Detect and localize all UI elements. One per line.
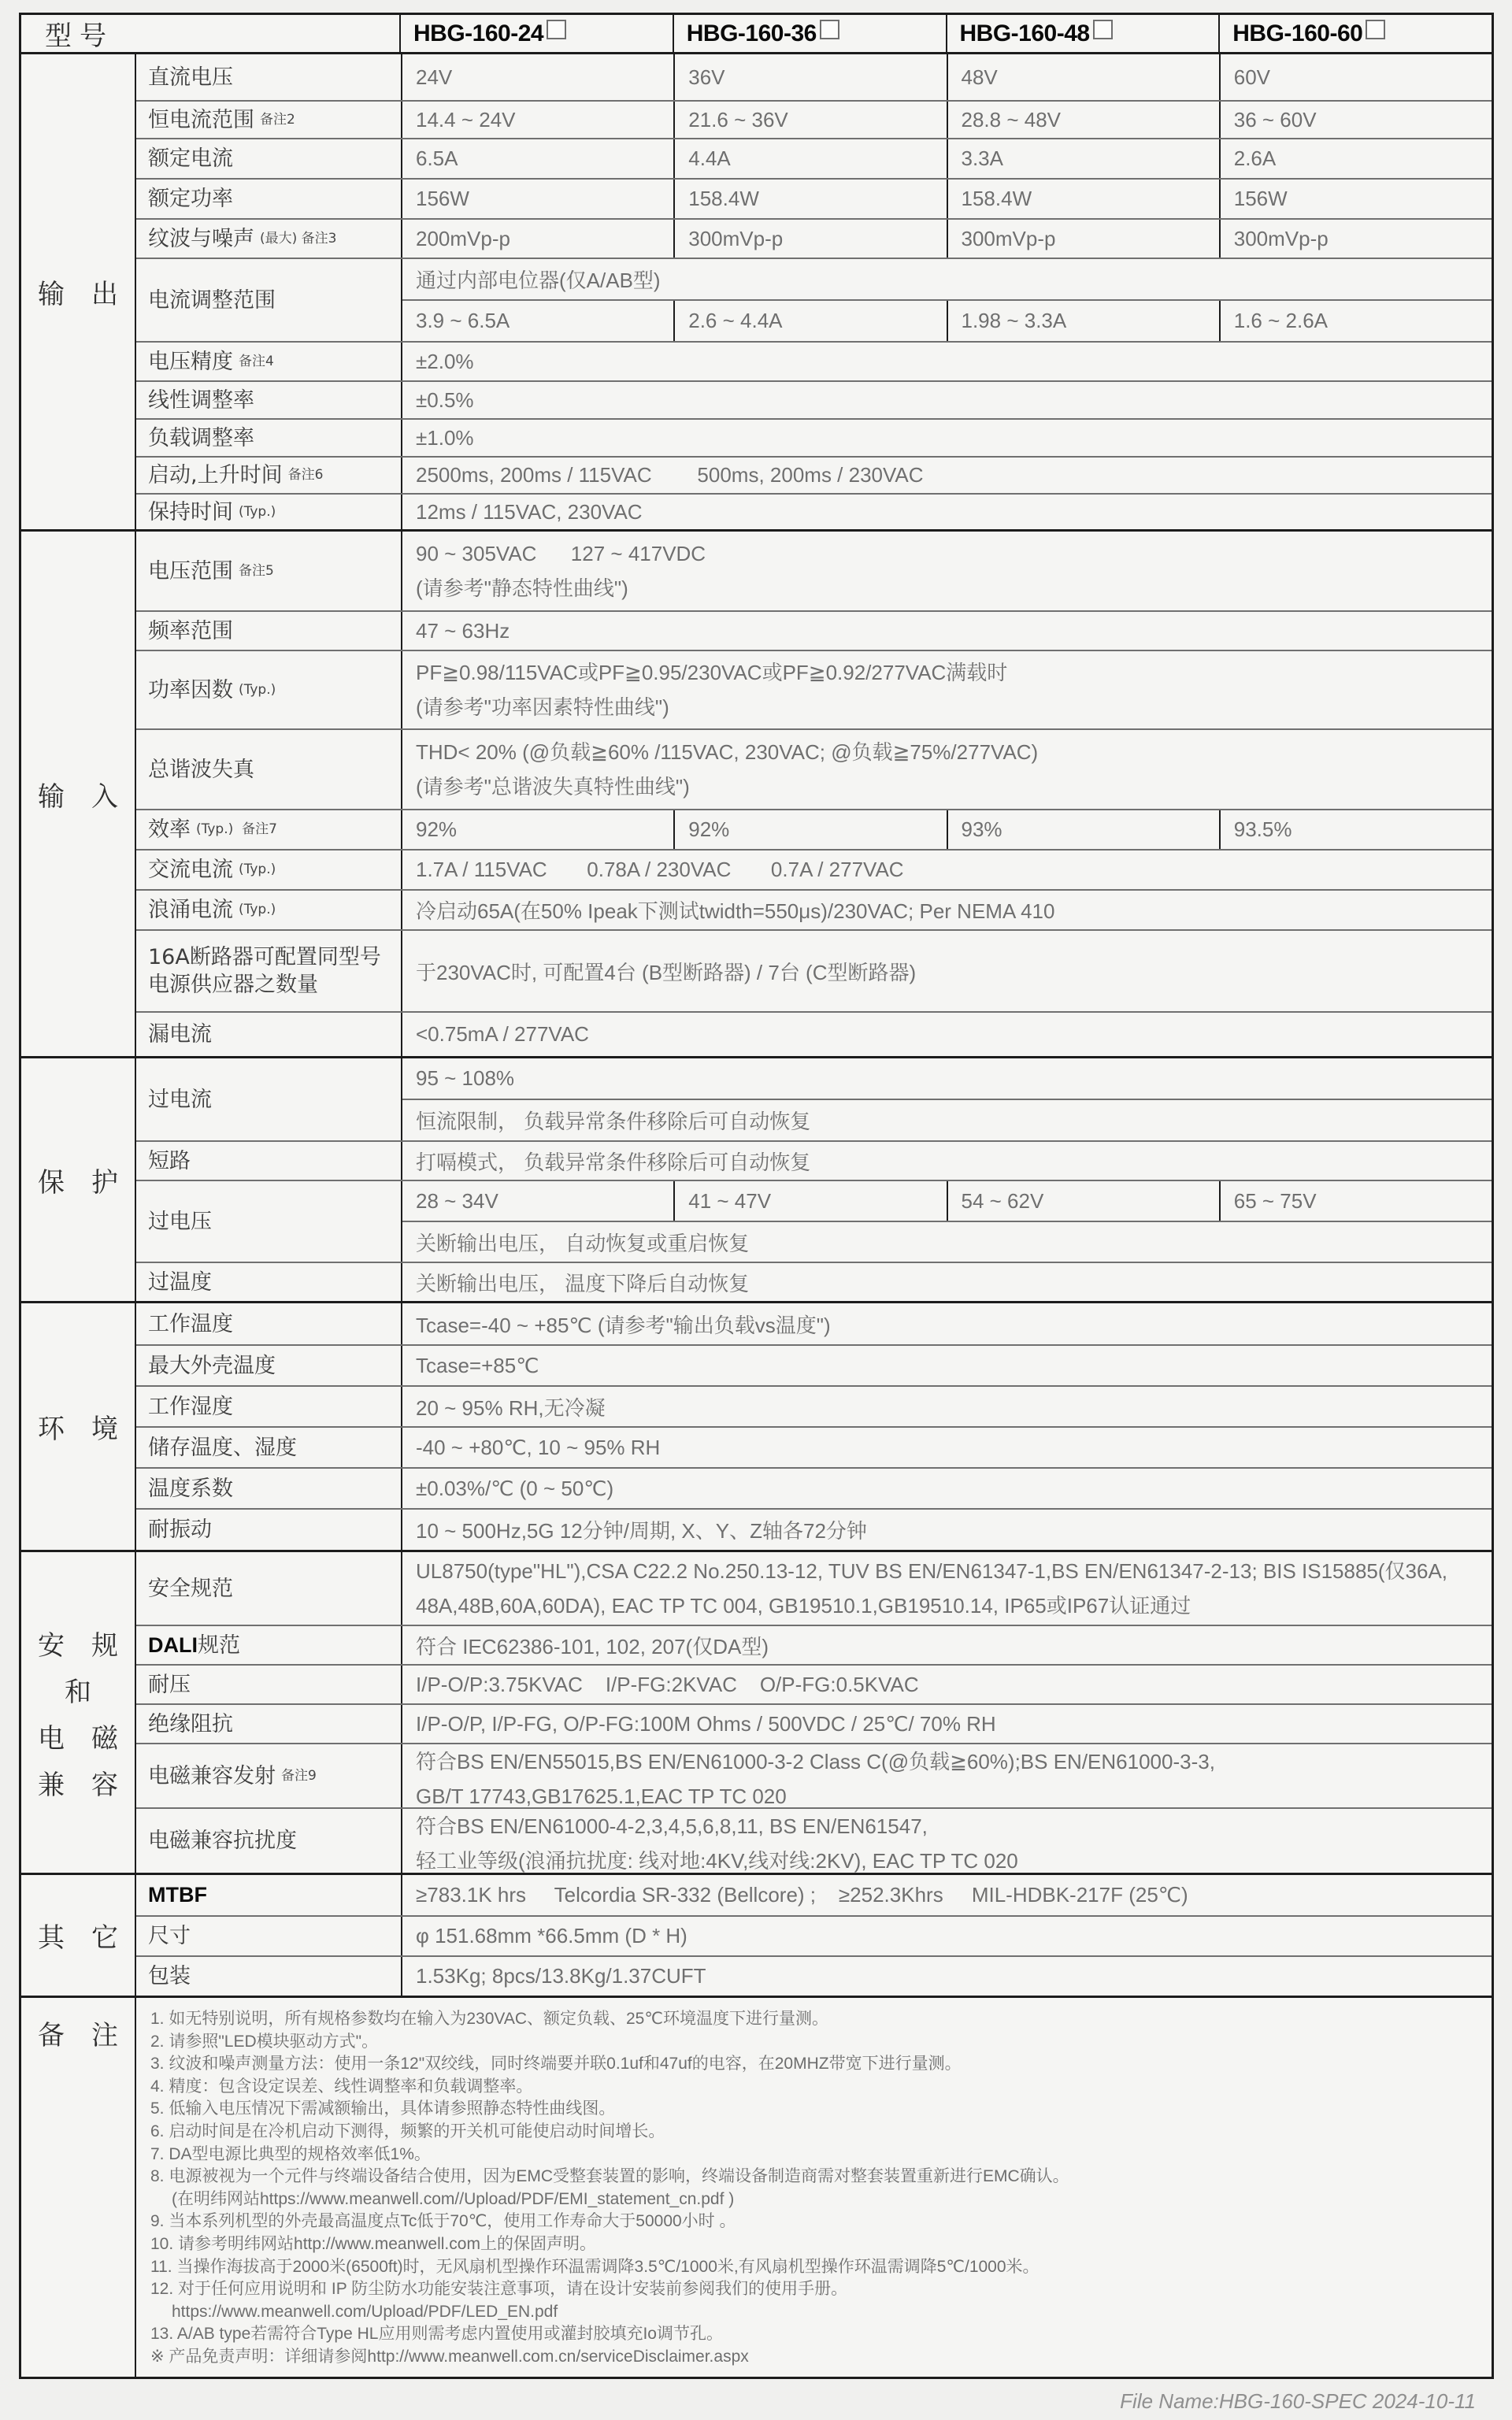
value-span: ±2.0% (402, 343, 1492, 380)
spec-value-cell: 93.5% (1219, 810, 1492, 849)
spec-row-label: 工作温度 (136, 1303, 402, 1344)
row-note-ref: (Typ.) (239, 896, 276, 924)
spec-row-label-text: 纹波与噪声 (148, 225, 254, 253)
value-span: 符合BS EN/EN61000-4-2,3,4,5,6,8,11, BS EN/… (402, 1809, 1492, 1873)
spec-value: 于230VAC时, 可配置4台 (B型断路器) / 7台 (C型断路器) (416, 957, 1492, 986)
value-span: 10 ~ 500Hz,5G 12分钟/周期, X、Y、Z轴各72分钟 (402, 1510, 1492, 1550)
spec-row-values: 6.5A4.4A3.3A2.6A (402, 139, 1492, 178)
spec-value: <0.75mA / 277VAC (416, 1022, 1492, 1047)
spec-value: 2.6 ~ 4.4A (688, 309, 782, 333)
spec-row-label-text: 漏电流 (148, 1021, 212, 1048)
section-label-line: 电 磁 (38, 1717, 118, 1755)
spec-row: 保持时间(Typ.)12ms / 115VAC, 230VAC (136, 493, 1492, 529)
spec-value: Tcase=-40 ~ +85℃ (请参考"输出负载vs温度") (416, 1310, 1492, 1339)
spec-value: 90 ~ 305VAC 127 ~ 417VDC (416, 536, 1492, 571)
spec-row: 总谐波失真THD< 20% (@负载≧60% /115VAC, 230VAC; … (136, 728, 1492, 809)
spec-value: 48A,48B,60A,60DA), EAC TP TC 004, GB1951… (416, 1588, 1492, 1623)
spec-row-label: 功率因数(Typ.) (136, 651, 402, 728)
spec-row-label: 工作湿度 (136, 1387, 402, 1426)
spec-row-label-text: 绝缘阻抗 (148, 1710, 233, 1738)
value-span: 打嗝模式， 负载异常条件移除后可自动恢复 (402, 1142, 1492, 1180)
spec-value: PF≧0.98/115VAC或PF≧0.95/230VAC或PF≧0.92/27… (416, 655, 1492, 690)
spec-value: 158.4W (962, 187, 1032, 211)
value-span: 1.7A / 115VAC 0.78A / 230VAC 0.7A / 277V… (402, 851, 1492, 889)
spec-row-label-text: 电压范围 (148, 558, 233, 585)
row-note-ref: (Typ.) (239, 498, 276, 526)
spec-value: 300mVp-p (1234, 227, 1329, 251)
spec-row-values: 200mVp-p300mVp-p300mVp-p300mVp-p (402, 220, 1492, 258)
value-span: φ 151.68mm *66.5mm (D * H) (402, 1917, 1492, 1955)
spec-section: 输 入电压范围备注590 ~ 305VAC 127 ~ 417VDC(请参考"静… (21, 529, 1492, 1056)
spec-row-label-text: 总谐波失真 (148, 756, 254, 784)
spec-row: 额定功率156W158.4W158.4W156W (136, 178, 1492, 218)
spec-row-values: 2500ms, 200ms / 115VAC 500ms, 200ms / 23… (402, 458, 1492, 493)
spec-row-values: I/P-O/P, I/P-FG, O/P-FG:100M Ohms / 500V… (402, 1705, 1492, 1743)
spec-value: I/P-O/P, I/P-FG, O/P-FG:100M Ohms / 500V… (416, 1712, 1492, 1736)
spec-row-label-text: 电流调整范围 (148, 287, 276, 314)
spec-row: 恒电流范围备注214.4 ~ 24V21.6 ~ 36V28.8 ~ 48V36… (136, 100, 1492, 138)
spec-value-cell: 92% (673, 810, 946, 849)
spec-value: (请参考"静态特性曲线") (416, 571, 1492, 606)
spec-row-label-text: 过电流 (148, 1086, 212, 1114)
row-note-ref: 备注9 (281, 1762, 317, 1790)
spec-value: 通过内部电位器(仅A/AB型) (416, 265, 1492, 294)
spec-row: 过温度关断输出电压， 温度下降后自动恢复 (136, 1262, 1492, 1301)
model-column-header: 型号 (21, 15, 401, 52)
value-span: 95 ~ 108% (402, 1058, 1492, 1099)
value-span: 2500ms, 200ms / 115VAC 500ms, 200ms / 23… (402, 458, 1492, 493)
spec-row-label: 温度系数 (136, 1469, 402, 1508)
spec-row: 温度系数±0.03%/℃ (0 ~ 50℃) (136, 1467, 1492, 1508)
section-label-line: 输 出 (38, 272, 118, 311)
spec-row: 绝缘阻抗I/P-O/P, I/P-FG, O/P-FG:100M Ohms / … (136, 1703, 1492, 1743)
model-suffix-checkbox (547, 20, 566, 39)
spec-row-label-text: MTBF (148, 1881, 207, 1909)
spec-value: 156W (416, 187, 469, 211)
value-span: I/P-O/P:3.75KVAC I/P-FG:2KVAC O/P-FG:0.5… (402, 1666, 1492, 1703)
row-note-ref: (Typ.) (239, 856, 276, 884)
value-span: 符合BS EN/EN55015,BS EN/EN61000-3-2 Class … (402, 1744, 1492, 1807)
value-span: 恒流限制， 负载异常条件移除后可自动恢复 (402, 1099, 1492, 1140)
model-name: HBG-160-36 (687, 20, 817, 47)
spec-value-cell: 156W (402, 180, 673, 218)
spec-value-cell: 300mVp-p (947, 220, 1219, 258)
row-note-ref: 备注4 (239, 348, 274, 376)
spec-value: 符合 IEC62386-101, 102, 207(仅DA型) (416, 1631, 1492, 1660)
spec-row-label-text: 电压精度 (148, 348, 233, 376)
spec-row-label: 尺寸 (136, 1917, 402, 1955)
spec-row-values: φ 151.68mm *66.5mm (D * H) (402, 1917, 1492, 1955)
note-line: 7. DA型电源比典型的规格效率低1%。 (150, 2144, 1479, 2166)
spec-row-values: PF≧0.98/115VAC或PF≧0.95/230VAC或PF≧0.92/27… (402, 651, 1492, 728)
spec-row-values: 12ms / 115VAC, 230VAC (402, 495, 1492, 529)
spec-row-label-text: 温度系数 (148, 1475, 233, 1503)
spec-row-values: 92%92%93%93.5% (402, 810, 1492, 849)
spec-row-label-text: 线性调整率 (148, 387, 254, 414)
spec-row-label: 频率范围 (136, 612, 402, 650)
note-line: ※ 产品免责声明：详细请参阅http://www.meanwell.com.cn… (150, 2346, 1479, 2369)
row-note-ref: 备注6 (288, 461, 324, 489)
model-header: HBG-160-36 (673, 15, 946, 52)
spec-row-label-text: 过温度 (148, 1269, 212, 1296)
spec-row: MTBF≥783.1K hrs Telcordia SR-332 (Bellco… (136, 1875, 1492, 1915)
value-span: 于230VAC时, 可配置4台 (B型断路器) / 7台 (C型断路器) (402, 931, 1492, 1011)
spec-row-label: 电流调整范围 (136, 259, 402, 341)
spec-row-label-text: 交流电流 (148, 856, 233, 884)
spec-row: 电压精度备注4±2.0% (136, 341, 1492, 380)
note-line: 2. 请参照"LED模块驱动方式"。 (150, 2031, 1479, 2054)
spec-row-label-text: 安全规范 (148, 1575, 233, 1603)
spec-section: 保 护过电流95 ~ 108%恒流限制， 负载异常条件移除后可自动恢复短路打嗝模… (21, 1056, 1492, 1301)
spec-value: Tcase=+85℃ (416, 1354, 1492, 1378)
spec-row-values: 通过内部电位器(仅A/AB型)3.9 ~ 6.5A2.6 ~ 4.4A1.98 … (402, 259, 1492, 341)
model-header: HBG-160-60 (1218, 15, 1492, 52)
spec-value-cell: 65 ~ 75V (1219, 1181, 1492, 1221)
spec-row-label: 过电流 (136, 1058, 402, 1140)
spec-row-label: 包装 (136, 1957, 402, 1996)
spec-row-values: 156W158.4W158.4W156W (402, 180, 1492, 218)
spec-row-values: 24V36V48V60V (402, 54, 1492, 100)
spec-row: 工作温度Tcase=-40 ~ +85℃ (请参考"输出负载vs温度") (136, 1303, 1492, 1344)
value-columns: 14.4 ~ 24V21.6 ~ 36V28.8 ~ 48V36 ~ 60V (402, 102, 1492, 138)
spec-value: 200mVp-p (416, 227, 510, 251)
row-note-ref: (最大) 备注3 (260, 225, 336, 253)
spec-row-label: DALI规范 (136, 1626, 402, 1664)
spec-value: 12ms / 115VAC, 230VAC (416, 500, 1492, 524)
model-suffix-checkbox (1366, 20, 1385, 39)
spec-value-cell: 158.4W (673, 180, 946, 218)
value-span: ±0.03%/℃ (0 ~ 50℃) (402, 1469, 1492, 1508)
spec-row-label-text: 电磁兼容发射 (148, 1762, 276, 1790)
spec-value: ≥783.1K hrs Telcordia SR-332 (Bellcore) … (416, 1883, 1492, 1907)
spec-row: 工作湿度20 ~ 95% RH,无冷凝 (136, 1385, 1492, 1426)
spec-row-label: 电压精度备注4 (136, 343, 402, 380)
spec-value: 1.7A / 115VAC 0.78A / 230VAC 0.7A / 277V… (416, 858, 1492, 882)
value-span: 12ms / 115VAC, 230VAC (402, 495, 1492, 529)
value-columns: 3.9 ~ 6.5A2.6 ~ 4.4A1.98 ~ 3.3A1.6 ~ 2.6… (402, 299, 1492, 341)
value-span: Tcase=-40 ~ +85℃ (请参考"输出负载vs温度") (402, 1303, 1492, 1344)
spec-value-cell: 2.6A (1219, 139, 1492, 178)
spec-value: ±1.0% (416, 426, 1492, 450)
spec-row-values: Tcase=+85℃ (402, 1346, 1492, 1385)
spec-row-label-text: 尺寸 (148, 1922, 191, 1950)
spec-row-label-text: 恒电流范围 (148, 106, 254, 134)
spec-row-values: ±1.0% (402, 420, 1492, 456)
spec-row-values: 冷启动65A(在50% Ipeak下测试twidth=550μs)/230VAC… (402, 891, 1492, 929)
spec-row-label-text: 额定功率 (148, 185, 233, 213)
spec-value-cell: 92% (402, 810, 673, 849)
spec-value-cell: 36 ~ 60V (1219, 102, 1492, 138)
spec-row-label: MTBF (136, 1875, 402, 1915)
spec-row-label: 耐振动 (136, 1510, 402, 1550)
value-span: 1.53Kg; 8pcs/13.8Kg/1.37CUFT (402, 1957, 1492, 1996)
spec-value-cell: 54 ~ 62V (947, 1181, 1219, 1221)
spec-value: THD< 20% (@负载≧60% /115VAC, 230VAC; @负载≧7… (416, 735, 1492, 769)
note-line: 9. 当本系列机型的外壳最高温度点Tc低于70℃，使用工作寿命大于50000小时… (150, 2211, 1479, 2233)
spec-row-label: 过电压 (136, 1181, 402, 1262)
value-columns: 200mVp-p300mVp-p300mVp-p300mVp-p (402, 220, 1492, 258)
spec-value: 300mVp-p (688, 227, 783, 251)
spec-row-values: 90 ~ 305VAC 127 ~ 417VDC(请参考"静态特性曲线") (402, 532, 1492, 610)
spec-row-label-text: 保持时间 (148, 498, 233, 526)
spec-section: 输 出直流电压24V36V48V60V恒电流范围备注214.4 ~ 24V21.… (21, 54, 1492, 529)
model-header: HBG-160-48 (946, 15, 1219, 52)
spec-value: 3.9 ~ 6.5A (416, 309, 510, 333)
spec-row-values: UL8750(type"HL"),CSA C22.2 No.250.13-12,… (402, 1552, 1492, 1625)
sections-root: 输 出直流电压24V36V48V60V恒电流范围备注214.4 ~ 24V21.… (21, 54, 1492, 2377)
spec-value: 14.4 ~ 24V (416, 108, 516, 132)
spec-row-label-text: 效率 (148, 816, 191, 843)
spec-value-cell: 156W (1219, 180, 1492, 218)
spec-row-values: 47 ~ 63Hz (402, 612, 1492, 650)
spec-value: 关断输出电压， 温度下降后自动恢复 (416, 1268, 1492, 1297)
spec-value-cell: 14.4 ~ 24V (402, 102, 673, 138)
spec-value: -40 ~ +80℃, 10 ~ 95% RH (416, 1436, 1492, 1460)
spec-section: 环 境工作温度Tcase=-40 ~ +85℃ (请参考"输出负载vs温度")最… (21, 1301, 1492, 1550)
value-columns: 92%92%93%93.5% (402, 810, 1492, 849)
spec-value: ±0.5% (416, 388, 1492, 413)
spec-row: 直流电压24V36V48V60V (136, 54, 1492, 100)
spec-row-label-text: 浪涌电流 (148, 896, 233, 924)
section-label-line: 安 规 (38, 1624, 118, 1662)
spec-row-label: 短路 (136, 1142, 402, 1180)
section-body: 电压范围备注590 ~ 305VAC 127 ~ 417VDC(请参考"静态特性… (136, 532, 1492, 1056)
spec-value: 28 ~ 34V (416, 1189, 498, 1214)
spec-row-label-text: 过电压 (148, 1208, 212, 1236)
spec-value: 关断输出电压， 自动恢复或重启恢复 (416, 1228, 1492, 1257)
section-label: 环 境 (21, 1303, 136, 1550)
spec-value: (请参考"总谐波失真特性曲线") (416, 769, 1492, 804)
spec-value: 93% (962, 817, 1002, 842)
spec-value-cell: 158.4W (947, 180, 1219, 218)
spec-row-values: 95 ~ 108%恒流限制， 负载异常条件移除后可自动恢复 (402, 1058, 1492, 1140)
spec-row: 效率(Typ.) 备注792%92%93%93.5% (136, 809, 1492, 849)
value-columns: 156W158.4W158.4W156W (402, 180, 1492, 218)
spec-value: 28.8 ~ 48V (962, 108, 1062, 132)
spec-row-label-text: DALI规范 (148, 1632, 240, 1659)
spec-row-label: 保持时间(Typ.) (136, 495, 402, 529)
table-header-row: 型号 HBG-160-24HBG-160-36HBG-160-48HBG-160… (21, 15, 1492, 54)
spec-row-values: <0.75mA / 277VAC (402, 1013, 1492, 1056)
spec-row-values: 打嗝模式， 负载异常条件移除后可自动恢复 (402, 1142, 1492, 1180)
spec-table: 型号 HBG-160-24HBG-160-36HBG-160-48HBG-160… (19, 13, 1494, 2379)
note-line: 5. 低输入电压情况下需减额输出，具体请参照静态特性曲线图。 (150, 2098, 1479, 2121)
spec-row-values: 符合BS EN/EN61000-4-2,3,4,5,6,8,11, BS EN/… (402, 1809, 1492, 1873)
spec-value: 2500ms, 200ms / 115VAC 500ms, 200ms / 23… (416, 463, 1492, 487)
spec-value: φ 151.68mm *66.5mm (D * H) (416, 1924, 1492, 1948)
value-span: 90 ~ 305VAC 127 ~ 417VDC(请参考"静态特性曲线") (402, 532, 1492, 610)
note-line: 3. 纹波和噪声测量方法：使用一条12"双绞线，同时终端要并联0.1uf和47u… (150, 2053, 1479, 2076)
spec-row-values: ±2.0% (402, 343, 1492, 380)
section-body: 安全规范UL8750(type"HL"),CSA C22.2 No.250.13… (136, 1552, 1492, 1873)
spec-value: 24V (416, 65, 452, 90)
section-label-line: 输 入 (38, 775, 118, 813)
spec-row-label: 过温度 (136, 1263, 402, 1301)
value-span: 20 ~ 95% RH,无冷凝 (402, 1387, 1492, 1426)
spec-value-cell: 21.6 ~ 36V (673, 102, 946, 138)
spec-row-label-text: 最大外壳温度 (148, 1352, 276, 1380)
section-label-line: 其 它 (38, 1916, 118, 1955)
spec-value-cell: 2.6 ~ 4.4A (673, 301, 946, 341)
spec-value: 符合BS EN/EN61000-4-2,3,4,5,6,8,11, BS EN/… (416, 1809, 1492, 1844)
spec-value: (请参考"功率因素特性曲线") (416, 690, 1492, 725)
spec-value: ±0.03%/℃ (0 ~ 50℃) (416, 1477, 1492, 1501)
spec-value-cell: 28.8 ~ 48V (947, 102, 1219, 138)
section-label-line: 和 (65, 1670, 91, 1709)
spec-value: 21.6 ~ 36V (688, 108, 788, 132)
spec-row-label: 效率(Typ.) 备注7 (136, 810, 402, 849)
spec-value-cell: 3.3A (947, 139, 1219, 178)
section-label: 备 注 (21, 1998, 136, 2377)
section-label-line: 兼 容 (38, 1763, 118, 1802)
spec-row: 储存温度、湿度-40 ~ +80℃, 10 ~ 95% RH (136, 1426, 1492, 1467)
spec-row-label-text: 频率范围 (148, 617, 233, 645)
note-line: (在明纬网站https://www.meanwell.com//Upload/P… (150, 2188, 1479, 2211)
value-span: THD< 20% (@负载≧60% /115VAC, 230VAC; @负载≧7… (402, 730, 1492, 809)
value-span: 47 ~ 63Hz (402, 612, 1492, 650)
value-span: ≥783.1K hrs Telcordia SR-332 (Bellcore) … (402, 1875, 1492, 1915)
spec-value: 54 ~ 62V (962, 1189, 1044, 1214)
spec-row-values: I/P-O/P:3.75KVAC I/P-FG:2KVAC O/P-FG:0.5… (402, 1666, 1492, 1703)
spec-value: 41 ~ 47V (688, 1189, 771, 1214)
spec-row-label: 电压范围备注5 (136, 532, 402, 610)
section-label-line: 备 注 (38, 2014, 118, 2052)
section-label: 其 它 (21, 1875, 136, 1996)
spec-value-cell: 60V (1219, 54, 1492, 100)
spec-row-values: 1.7A / 115VAC 0.78A / 230VAC 0.7A / 277V… (402, 851, 1492, 889)
row-note-ref: (Typ.) 备注7 (196, 816, 277, 843)
spec-row-label: 电磁兼容抗扰度 (136, 1809, 402, 1873)
spec-row: DALI规范符合 IEC62386-101, 102, 207(仅DA型) (136, 1625, 1492, 1664)
spec-value: 300mVp-p (962, 227, 1056, 251)
spec-row-label: 线性调整率 (136, 382, 402, 418)
spec-row: 电压范围备注590 ~ 305VAC 127 ~ 417VDC(请参考"静态特性… (136, 532, 1492, 610)
spec-value: 65 ~ 75V (1234, 1189, 1317, 1214)
spec-value: 47 ~ 63Hz (416, 619, 1492, 643)
value-span: -40 ~ +80℃, 10 ~ 95% RH (402, 1428, 1492, 1467)
section-body: 直流电压24V36V48V60V恒电流范围备注214.4 ~ 24V21.6 ~… (136, 54, 1492, 529)
spec-value-cell: 48V (947, 54, 1219, 100)
spec-value-cell: 28 ~ 34V (402, 1181, 673, 1221)
spec-value: GB/T 17743,GB17625.1,EAC TP TC 020 (416, 1779, 1492, 1807)
model-suffix-checkbox (820, 20, 839, 39)
spec-value: 恒流限制， 负载异常条件移除后可自动恢复 (416, 1106, 1492, 1135)
spec-value: 3.3A (962, 146, 1004, 171)
spec-section: 安 规和电 磁兼 容安全规范UL8750(type"HL"),CSA C22.2… (21, 1550, 1492, 1873)
spec-row-label-text: 耐压 (148, 1671, 191, 1699)
section-body: MTBF≥783.1K hrs Telcordia SR-332 (Bellco… (136, 1875, 1492, 1996)
spec-row-label: 总谐波失真 (136, 730, 402, 809)
value-span: PF≧0.98/115VAC或PF≧0.95/230VAC或PF≧0.92/27… (402, 651, 1492, 728)
section-body: 1. 如无特别说明，所有规格参数均在输入为230VAC、额定负载、25℃环境温度… (136, 1998, 1492, 2377)
spec-row-values: THD< 20% (@负载≧60% /115VAC, 230VAC; @负载≧7… (402, 730, 1492, 809)
note-line: 6. 启动时间是在冷机启动下测得，频繁的开关机可能使启动时间增长。 (150, 2121, 1479, 2144)
spec-row-values: -40 ~ +80℃, 10 ~ 95% RH (402, 1428, 1492, 1467)
spec-row: 最大外壳温度Tcase=+85℃ (136, 1344, 1492, 1385)
spec-row: 交流电流(Typ.)1.7A / 115VAC 0.78A / 230VAC 0… (136, 849, 1492, 889)
spec-value: 158.4W (688, 187, 759, 211)
note-line: 10. 请参考明纬网站http://www.meanwell.com上的保固声明… (150, 2233, 1479, 2256)
spec-value: 95 ~ 108% (416, 1066, 1492, 1091)
spec-row-label: 最大外壳温度 (136, 1346, 402, 1385)
spec-row-label-text: 直流电压 (148, 64, 233, 91)
section-label-line: 保 护 (38, 1161, 118, 1199)
spec-row-label: 电磁兼容发射备注9 (136, 1744, 402, 1807)
spec-row: 启动,上升时间备注62500ms, 200ms / 115VAC 500ms, … (136, 456, 1492, 493)
row-note-ref: 备注5 (239, 558, 274, 585)
spec-row: 功率因数(Typ.)PF≧0.98/115VAC或PF≧0.95/230VAC或… (136, 650, 1492, 728)
spec-row: 漏电流<0.75mA / 277VAC (136, 1011, 1492, 1056)
value-span: UL8750(type"HL"),CSA C22.2 No.250.13-12,… (402, 1552, 1492, 1625)
note-line: https://www.meanwell.com/Upload/PDF/LED_… (150, 2301, 1479, 2324)
model-header: HBG-160-24 (401, 15, 673, 52)
spec-value: 冷启动65A(在50% Ipeak下测试twidth=550μs)/230VAC… (416, 895, 1492, 925)
note-line: 13. A/AB type若需符合Type HL应用则需考虑内置使用或灌封胶填充… (150, 2323, 1479, 2346)
spec-value: 60V (1234, 65, 1270, 90)
value-span: 关断输出电压， 自动恢复或重启恢复 (402, 1221, 1492, 1262)
spec-value-cell: 3.9 ~ 6.5A (402, 301, 673, 341)
spec-value: 92% (688, 817, 729, 842)
value-span: 符合 IEC62386-101, 102, 207(仅DA型) (402, 1626, 1492, 1664)
value-span: Tcase=+85℃ (402, 1346, 1492, 1385)
spec-value-cell: 24V (402, 54, 673, 100)
spec-row: 浪涌电流(Typ.)冷启动65A(在50% Ipeak下测试twidth=550… (136, 889, 1492, 929)
value-columns: 6.5A4.4A3.3A2.6A (402, 139, 1492, 178)
spec-value: 6.5A (416, 146, 458, 171)
spec-value-cell: 93% (947, 810, 1219, 849)
spec-row: 包装1.53Kg; 8pcs/13.8Kg/1.37CUFT (136, 1955, 1492, 1996)
spec-row-values: 关断输出电压， 温度下降后自动恢复 (402, 1263, 1492, 1301)
spec-row: 过电压28 ~ 34V41 ~ 47V54 ~ 62V65 ~ 75V关断输出电… (136, 1180, 1492, 1262)
value-span: ±1.0% (402, 420, 1492, 456)
spec-row-label-text: 工作湿度 (148, 1393, 233, 1421)
spec-value: 20 ~ 95% RH,无冷凝 (416, 1392, 1492, 1421)
spec-row-label: 安全规范 (136, 1552, 402, 1625)
spec-row-label: 纹波与噪声(最大) 备注3 (136, 220, 402, 258)
spec-row: 16A断路器可配置同型号电源供应器之数量于230VAC时, 可配置4台 (B型断… (136, 929, 1492, 1011)
spec-row: 纹波与噪声(最大) 备注3200mVp-p300mVp-p300mVp-p300… (136, 218, 1492, 258)
spec-value: 10 ~ 500Hz,5G 12分钟/周期, X、Y、Z轴各72分钟 (416, 1515, 1492, 1544)
spec-row-values: 符合 IEC62386-101, 102, 207(仅DA型) (402, 1626, 1492, 1664)
spec-row-label: 漏电流 (136, 1013, 402, 1056)
spec-row-label-text: 额定电流 (148, 145, 233, 172)
spec-row-values: 14.4 ~ 24V21.6 ~ 36V28.8 ~ 48V36 ~ 60V (402, 102, 1492, 138)
row-note-ref: 备注2 (260, 106, 295, 134)
section-label: 保 护 (21, 1058, 136, 1301)
section-label: 输 入 (21, 532, 136, 1056)
spec-value: 1.6 ~ 2.6A (1234, 309, 1328, 333)
spec-value: 36V (688, 65, 724, 90)
spec-row-label-text: 短路 (148, 1147, 191, 1175)
spec-row: 尺寸φ 151.68mm *66.5mm (D * H) (136, 1915, 1492, 1955)
spec-row: 耐压I/P-O/P:3.75KVAC I/P-FG:2KVAC O/P-FG:0… (136, 1664, 1492, 1703)
spec-row-label: 额定功率 (136, 180, 402, 218)
section-label: 安 规和电 磁兼 容 (21, 1552, 136, 1873)
spec-row: 电磁兼容抗扰度符合BS EN/EN61000-4-2,3,4,5,6,8,11,… (136, 1807, 1492, 1873)
spec-value-cell: 4.4A (673, 139, 946, 178)
spec-row-label-text: 储存温度、湿度 (148, 1434, 297, 1462)
note-line: 12. 对于任何应用说明和 IP 防尘防水功能安装注意事项，请在设计安装前参阅我… (150, 2278, 1479, 2301)
spec-value-cell: 300mVp-p (673, 220, 946, 258)
file-name-footer: File Name:HBG-160-SPEC 2024-10-11 (1120, 2389, 1476, 2414)
spec-section: 其 它MTBF≥783.1K hrs Telcordia SR-332 (Bel… (21, 1873, 1492, 1996)
spec-row-label: 恒电流范围备注2 (136, 102, 402, 138)
spec-row-label-text: 启动,上升时间 (148, 461, 283, 489)
spec-value: 156W (1234, 187, 1288, 211)
model-suffix-checkbox (1093, 20, 1113, 39)
spec-row-label-text: 16A断路器可配置同型号电源供应器之数量 (148, 943, 395, 999)
section-label: 输 出 (21, 54, 136, 529)
